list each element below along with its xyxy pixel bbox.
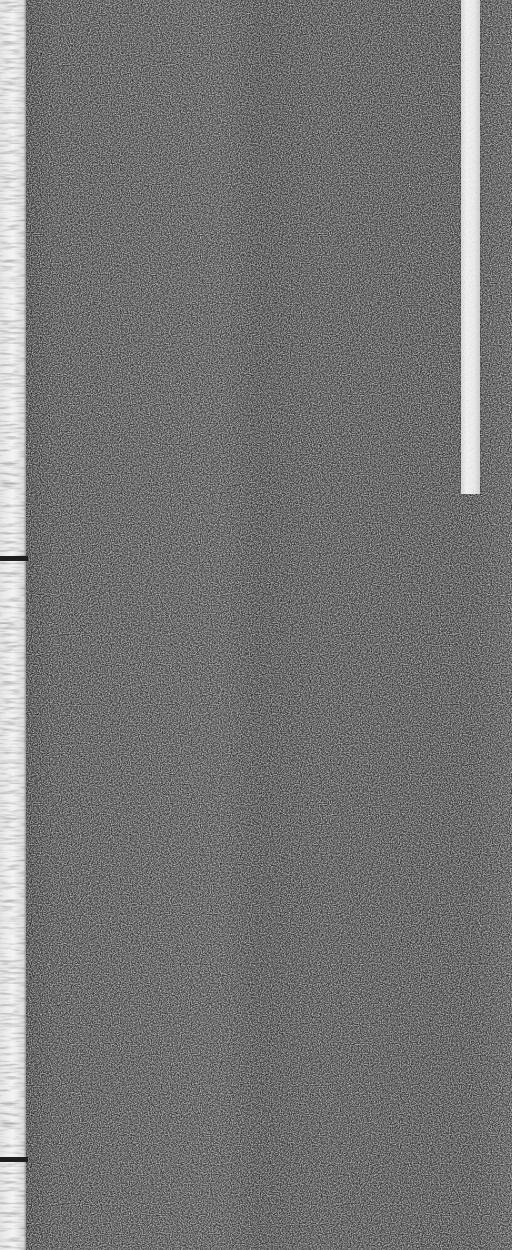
asphalt-texture [26, 0, 512, 1250]
curb-texture [0, 0, 26, 1250]
road-scene [0, 0, 512, 1250]
asphalt-surface [26, 0, 512, 1250]
curb-seam [0, 1157, 28, 1162]
curb-seam [0, 556, 28, 561]
lane-marking [461, 0, 480, 494]
lane-marking-texture [461, 0, 480, 494]
curb [0, 0, 26, 1250]
